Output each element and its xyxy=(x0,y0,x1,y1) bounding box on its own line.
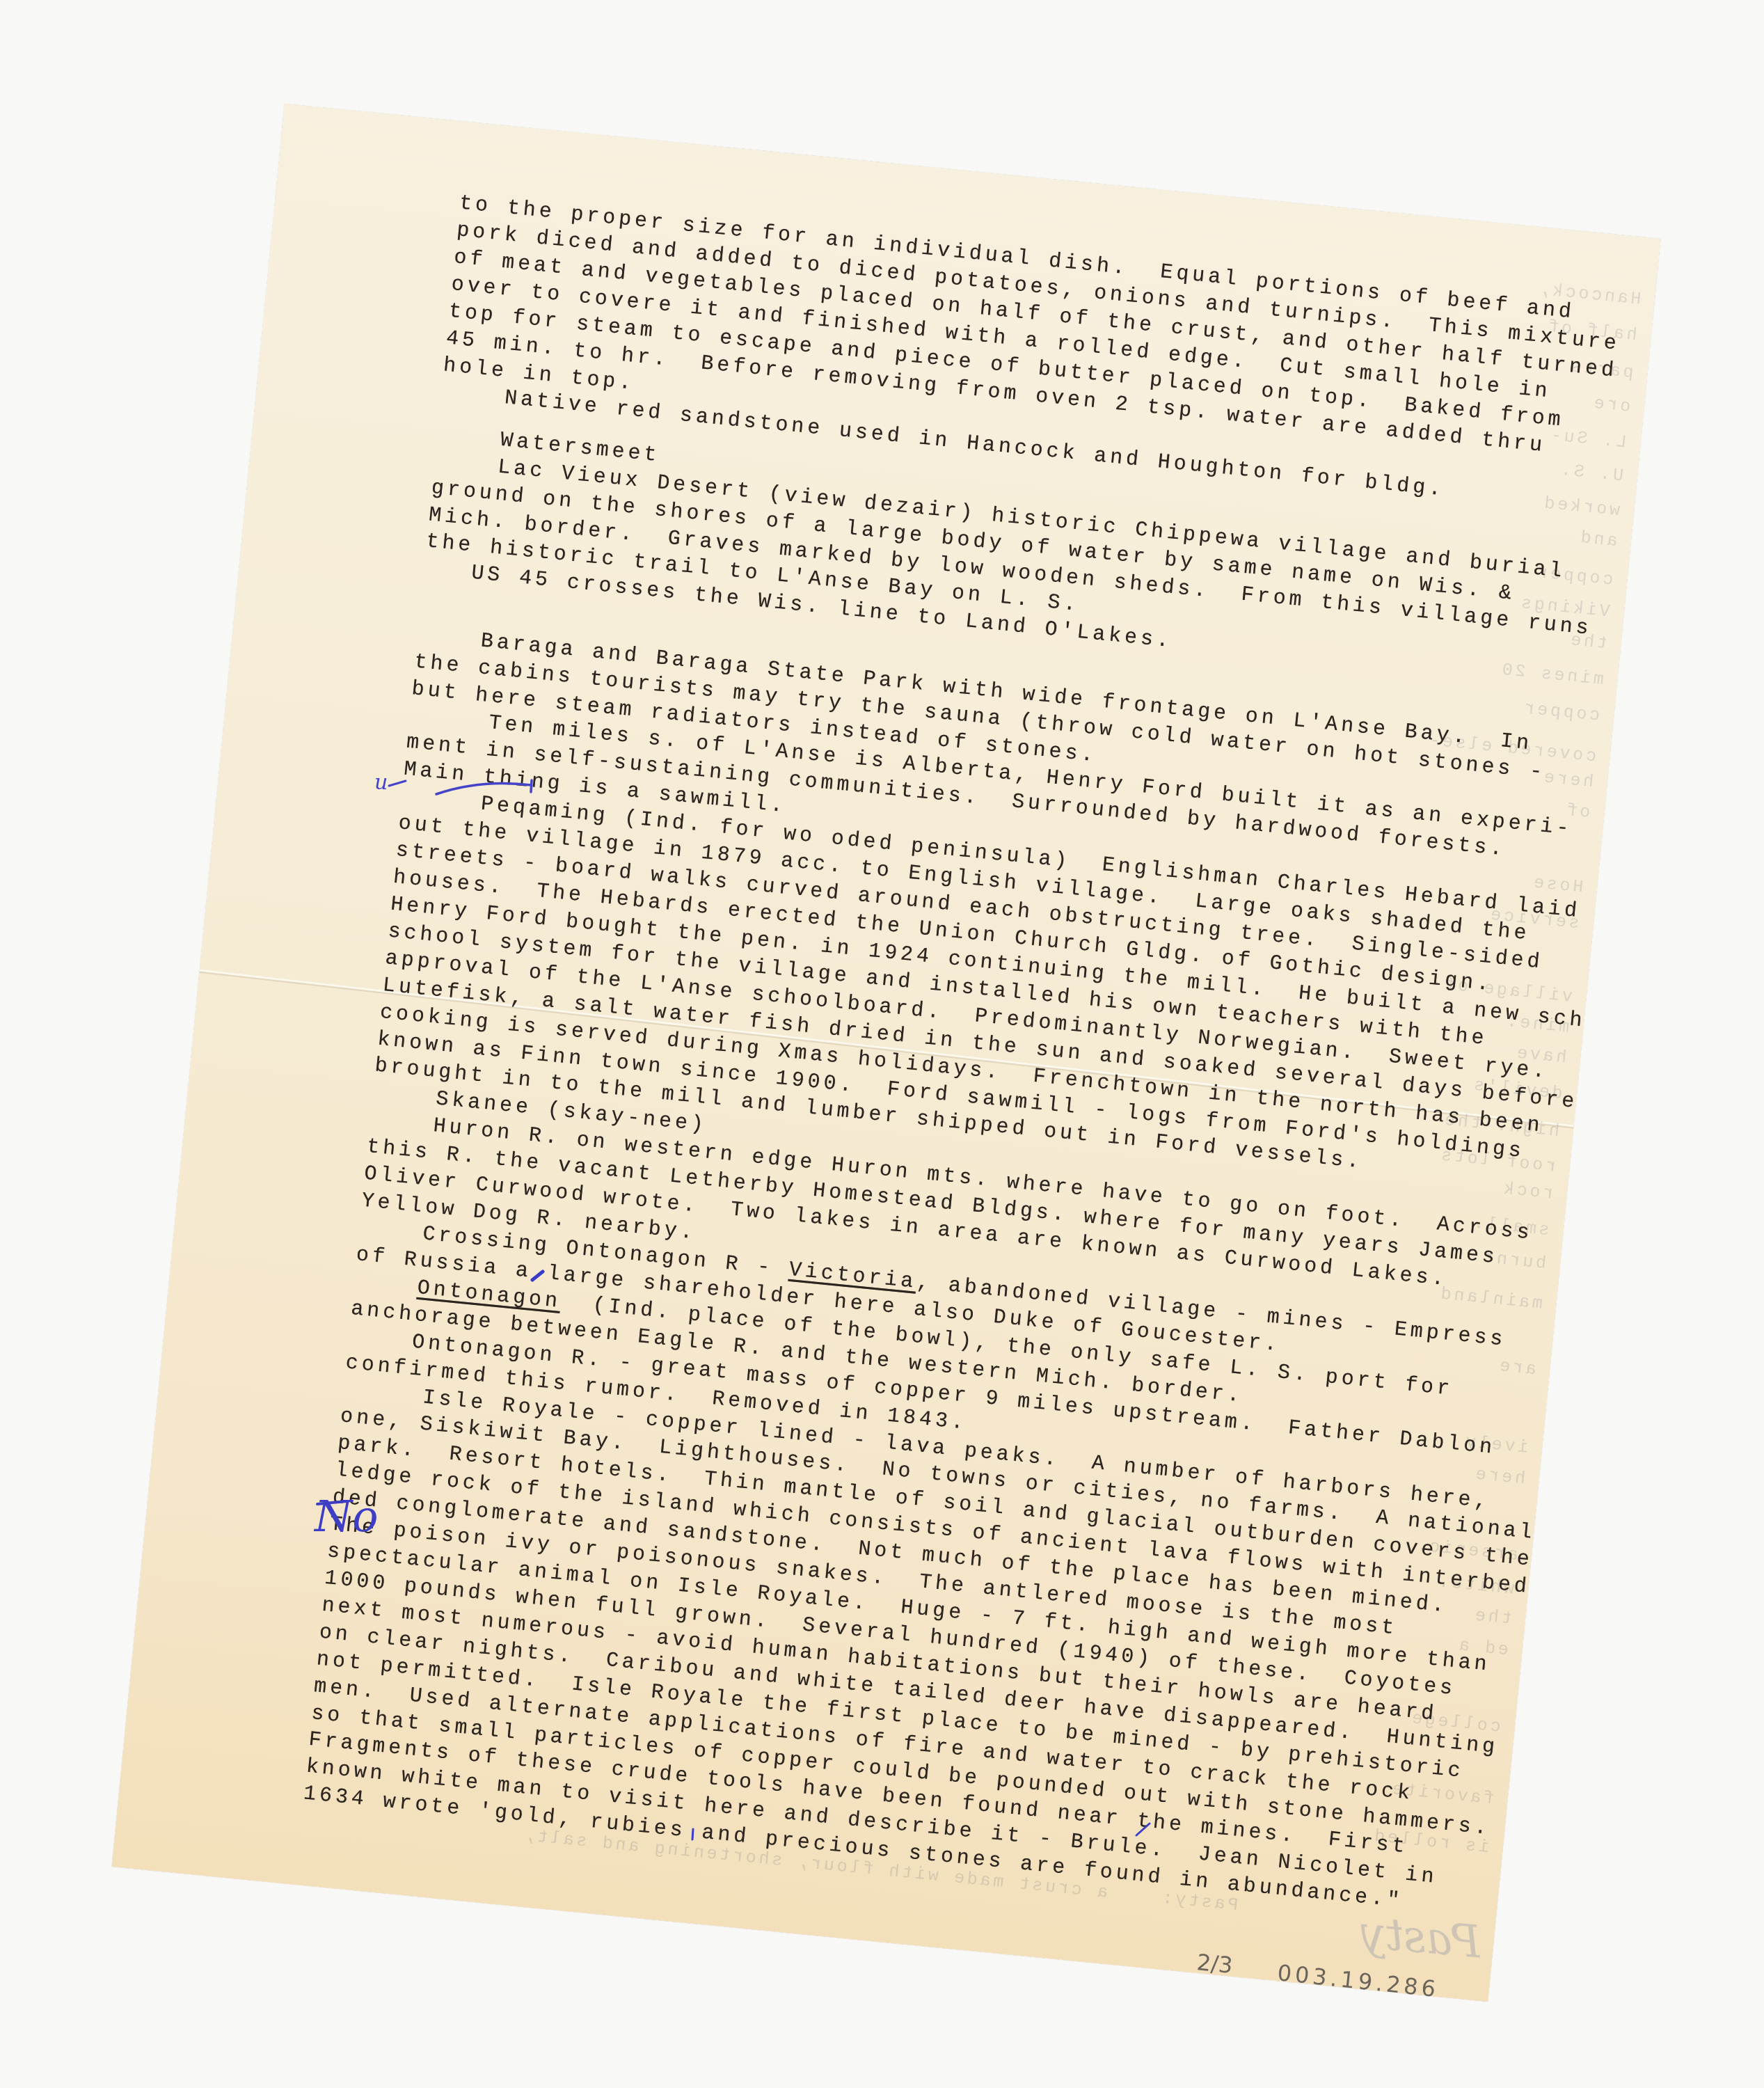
line-text xyxy=(353,1270,419,1300)
typed-text-block: to the proper size for an individual dis… xyxy=(302,190,1655,1924)
typed-page: Hancock, half of parts ore L. Su- U. S. … xyxy=(112,104,1661,2002)
